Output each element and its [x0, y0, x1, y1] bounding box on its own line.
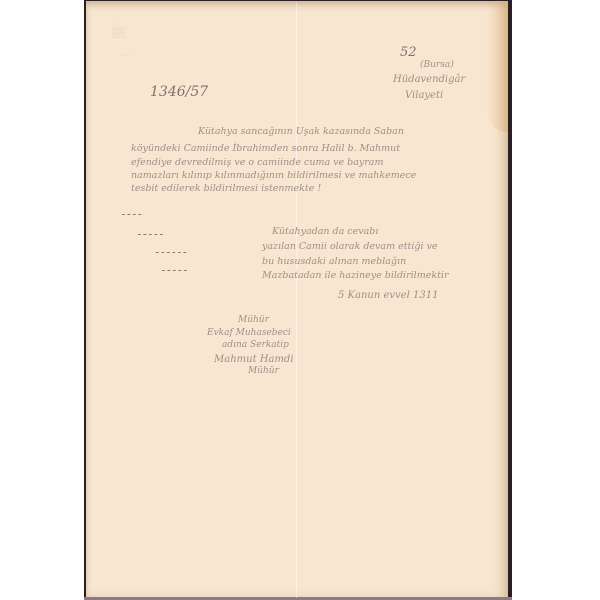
corner-province-type: Vilayeti — [405, 90, 443, 101]
body-line: tesbit edilerek bildirilmesi istenmekte … — [131, 183, 321, 194]
fold-line — [296, 2, 297, 598]
corner-province: Hüdavendigâr — [393, 74, 465, 85]
reply-line: bu hususdaki alınan meblağın — [262, 256, 406, 267]
ottoman-script-annotation: ـ ـ ـ ـ ـ ـ ـ ـ ـ ـ ـ ـ ـ ـ ـ ـ ـ ـ ـ ـ — [118, 200, 228, 290]
reply-line: Kütahyadan da cevabı — [272, 226, 378, 237]
reply-line: yazılan Camii olarak devam ettiği ve — [262, 241, 438, 252]
signature-title: adına Serkatip — [222, 340, 289, 350]
reference-number: 1346/57 — [150, 84, 208, 100]
scan-edge-right — [508, 0, 512, 600]
corner-city: (Bursa) — [420, 60, 454, 70]
ottoman-line: ـ ـ ـ ـ ـ — [138, 228, 163, 238]
document-date: 5 Kanun evvel 1311 — [338, 290, 438, 301]
ottoman-line: ـ ـ ـ ـ ـ — [162, 264, 187, 274]
corner-number: 52 — [400, 45, 417, 60]
ottoman-line: ـ ـ ـ ـ ـ ـ — [156, 246, 186, 256]
reply-line: Mazbatadan ile hazineye bildirilmektir — [262, 270, 448, 281]
seal-label: Mühür — [248, 366, 279, 376]
signature-office: Evkaf Muhasebeci — [207, 328, 291, 338]
letterhead-tughra: ﷺ — [110, 24, 127, 44]
ottoman-line: ـ ـ ـ ـ — [122, 208, 141, 218]
water-stain — [486, 2, 508, 132]
body-line: Kütahya sancağının Uşak kazasında Saban — [198, 126, 404, 137]
letterhead-subline: ...... — [118, 50, 131, 58]
body-line: efendiye devredilmiş ve o camiinde cuma … — [131, 157, 383, 168]
body-line: köyündeki Camiinde İbrahimden sonra Hali… — [131, 143, 400, 154]
body-line: namazları kılınıp kılınmadığının bildiri… — [131, 170, 416, 181]
seal-label: Mühür — [238, 315, 269, 325]
signature-name: Mahmut Hamdi — [214, 354, 294, 365]
